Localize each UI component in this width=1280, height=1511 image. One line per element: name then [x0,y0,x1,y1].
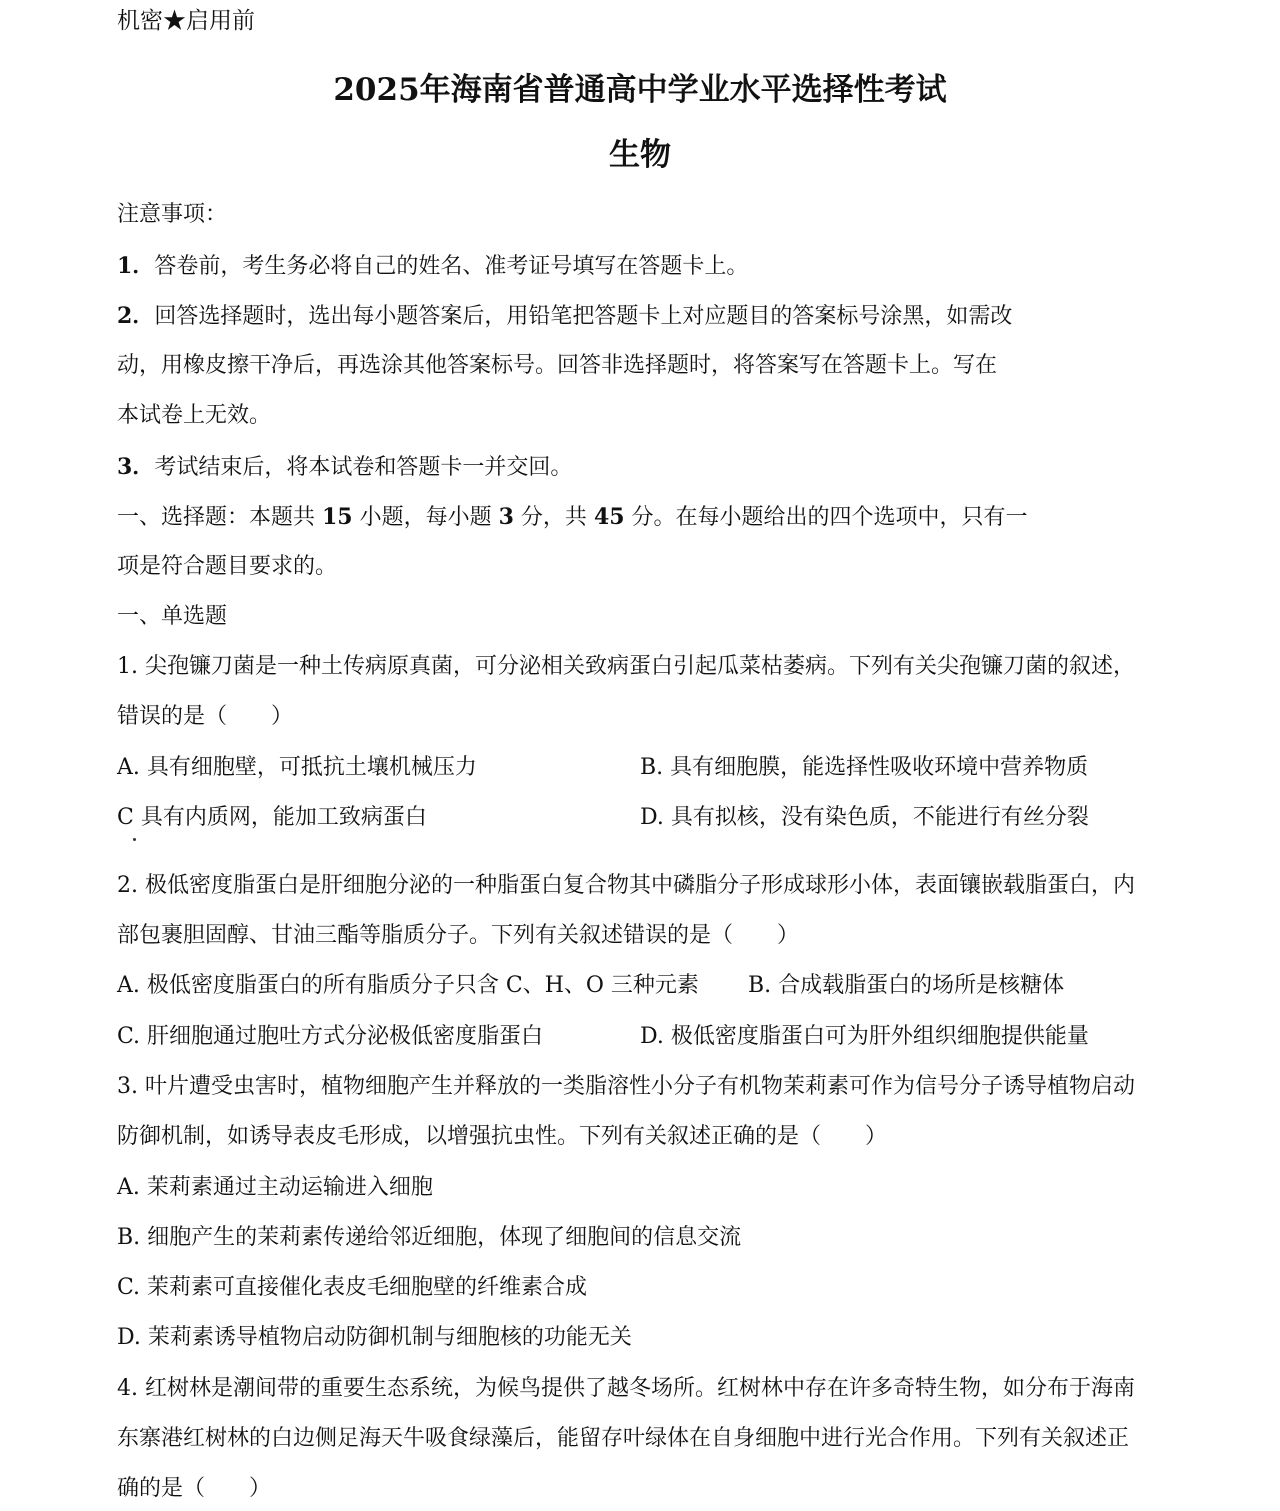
notice-item-2-line1: 2．回答选择题时，选出每小题答案后，用铅笔把答题卡上对应题目的答案标号涂黑，如需… [117,301,1012,332]
option-b: B. 具有细胞膜，能选择性吸收环境中营养物质 [640,753,1088,783]
question-stem-line2: 东寨港红树林的白边侧足海天牛吸食绿藻后，能留存叶绿体在自身细胞中进行光合作用。下… [117,1424,1129,1454]
notice-item-2-line2: 动，用橡皮擦干净后，再选涂其他答案标号。回答非选择题时，将答案写在答题卡上。写在 [117,351,997,381]
question-stem-line2: 部包裹胆固醇、甘油三酯等脂质分子。下列有关叙述错误的是（） [117,921,799,951]
points-total: 45 [594,504,625,530]
question-stem-line1: 1. 尖孢镰刀菌是一种土传病原真菌，可分泌相关致病蛋白引起瓜菜枯萎病。下列有关尖… [117,652,1135,682]
notice-item-3: 3．考试结束后，将本试卷和答题卡一并交回。 [117,452,572,483]
exam-title: 2025年海南省普通高中学业水平选择性考试 [0,70,1280,110]
option-c: C 具有内质网，能加工致病蛋白 [117,803,427,833]
stem-text: 确的是（ [117,1476,205,1501]
section-intro-line2: 项是符合题目要求的。 [117,552,337,582]
question-count: 15 [322,504,353,530]
stem-text: ） [271,704,293,729]
subsection-heading: 一、单选题 [117,602,227,632]
option-a: A. 具有细胞壁，可抵抗土壤机械压力 [117,753,477,783]
question-stem-line1: 3. 叶片遭受虫害时，植物细胞产生并释放的一类脂溶性小分子有机物茉莉素可作为信号… [117,1072,1135,1102]
notice-item-text: 答卷前，考生务必将自己的姓名、准考证号填写在答题卡上。 [154,254,748,279]
section-intro-text: 分。在每小题给出的四个选项中，只有一 [625,505,1028,530]
section-intro-text: 分，共 [514,505,594,530]
option-b: B. 合成载脂蛋白的场所是核糖体 [748,971,1064,1001]
notice-item-number: 3． [117,454,154,480]
stem-text: ） [865,1124,887,1149]
notice-heading: 注意事项： [117,200,227,230]
section-intro-text: 一、选择题：本题共 [117,505,322,530]
stem-text: 错误的是（ [117,704,227,729]
question-stem-line3: 确的是（） [117,1474,271,1504]
notice-item-2-line3: 本试卷上无效。 [117,401,271,431]
notice-item-number: 2． [117,303,154,329]
notice-item-number: 1． [117,253,154,279]
confidential-label: 机密★启用前 [117,6,255,36]
question-stem-line2: 错误的是（） [117,702,293,732]
stray-dot [133,838,136,841]
option-a: A. 茉莉素通过主动运输进入细胞 [117,1173,433,1203]
notice-item-text: 回答选择题时，选出每小题答案后，用铅笔把答题卡上对应题目的答案标号涂黑，如需改 [154,304,1012,329]
option-a: A. 极低密度脂蛋白的所有脂质分子只含 C、H、O 三种元素 [117,971,699,1001]
option-c: C. 茉莉素可直接催化表皮毛细胞壁的纤维素合成 [117,1273,587,1303]
stem-text: ） [249,1476,271,1501]
question-stem-line1: 2. 极低密度脂蛋白是肝细胞分泌的一种脂蛋白复合物其中磷脂分子形成球形小体，表面… [117,871,1135,901]
notice-item-text: 考试结束后，将本试卷和答题卡一并交回。 [154,455,572,480]
section-intro-line1: 一、选择题：本题共 15 小题，每小题 3 分，共 45 分。在每小题给出的四个… [117,502,1028,533]
stem-text: ） [777,923,799,948]
subject-title: 生物 [0,135,1280,175]
question-stem-line1: 4. 红树林是潮间带的重要生态系统，为候鸟提供了越冬场所。红树林中存在许多奇特生… [117,1374,1135,1404]
notice-item-1: 1．答卷前，考生务必将自己的姓名、准考证号填写在答题卡上。 [117,251,748,282]
question-stem-line2: 防御机制，如诱导表皮毛形成，以增强抗虫性。下列有关叙述正确的是（） [117,1122,887,1152]
stem-text: 防御机制，如诱导表皮毛形成，以增强抗虫性。下列有关叙述正确的是（ [117,1124,821,1149]
stem-text: 部包裹胆固醇、甘油三酯等脂质分子。下列有关叙述错误的是（ [117,923,733,948]
option-d: D. 茉莉素诱导植物启动防御机制与细胞核的功能无关 [117,1323,632,1353]
option-d: D. 具有拟核，没有染色质，不能进行有丝分裂 [640,803,1089,833]
option-c: C. 肝细胞通过胞吐方式分泌极低密度脂蛋白 [117,1022,543,1052]
section-intro-text: 小题，每小题 [353,505,499,530]
points-each: 3 [499,504,514,530]
option-d: D. 极低密度脂蛋白可为肝外组织细胞提供能量 [640,1022,1089,1052]
option-b: B. 细胞产生的茉莉素传递给邻近细胞，体现了细胞间的信息交流 [117,1223,741,1253]
